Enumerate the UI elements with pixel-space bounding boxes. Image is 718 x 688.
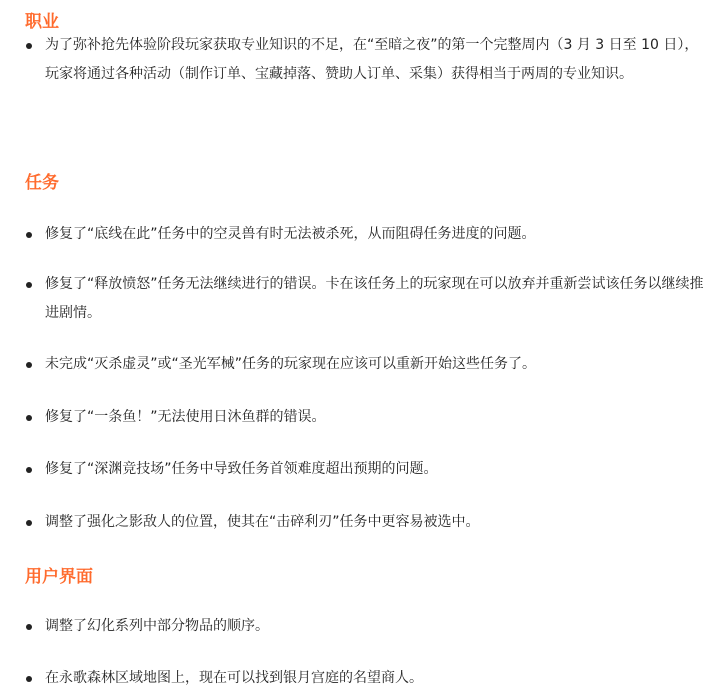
section-title-quests: 任务 [25, 173, 59, 193]
list-item: 修复了“底线在此”任务中的空灵兽有时无法被杀死，从而阻碍任务进度的问题。 [26, 220, 706, 249]
list-item: 在永歌森林区域地图上，现在可以找到银月宫庭的名望商人。 [26, 664, 706, 688]
bullet-icon [26, 676, 32, 682]
bullet-icon [26, 415, 32, 421]
section-title-ui: 用户界面 [25, 567, 93, 587]
list-item: 未完成“灭杀虚灵”或“圣光军械”任务的玩家现在应该可以重新开始这些任务了。 [26, 350, 706, 379]
bullet-icon [26, 624, 32, 630]
bullet-icon [26, 282, 32, 288]
bullet-icon [26, 467, 32, 473]
section-title-profession: 职业 [25, 12, 59, 32]
list-item: 修复了“一条鱼！”无法使用日沐鱼群的错误。 [26, 403, 706, 432]
bullet-icon [26, 43, 32, 49]
bullet-icon [26, 520, 32, 526]
list-item: 修复了“深渊竞技场”任务中导致任务首领难度超出预期的问题。 [26, 455, 706, 484]
list-item: 为了弥补抢先体验阶段玩家获取专业知识的不足，在“至暗之夜”的第一个完整周内（3 … [26, 31, 706, 89]
list-item: 修复了“释放愤怒”任务无法继续进行的错误。卡在该任务上的玩家现在可以放弃并重新尝… [26, 270, 706, 328]
bullet-icon [26, 362, 32, 368]
list-item: 调整了幻化系列中部分物品的顺序。 [26, 612, 706, 641]
list-item: 调整了强化之影敌人的位置，使其在“击碎利刃”任务中更容易被选中。 [26, 508, 706, 537]
bullet-icon [26, 232, 32, 238]
